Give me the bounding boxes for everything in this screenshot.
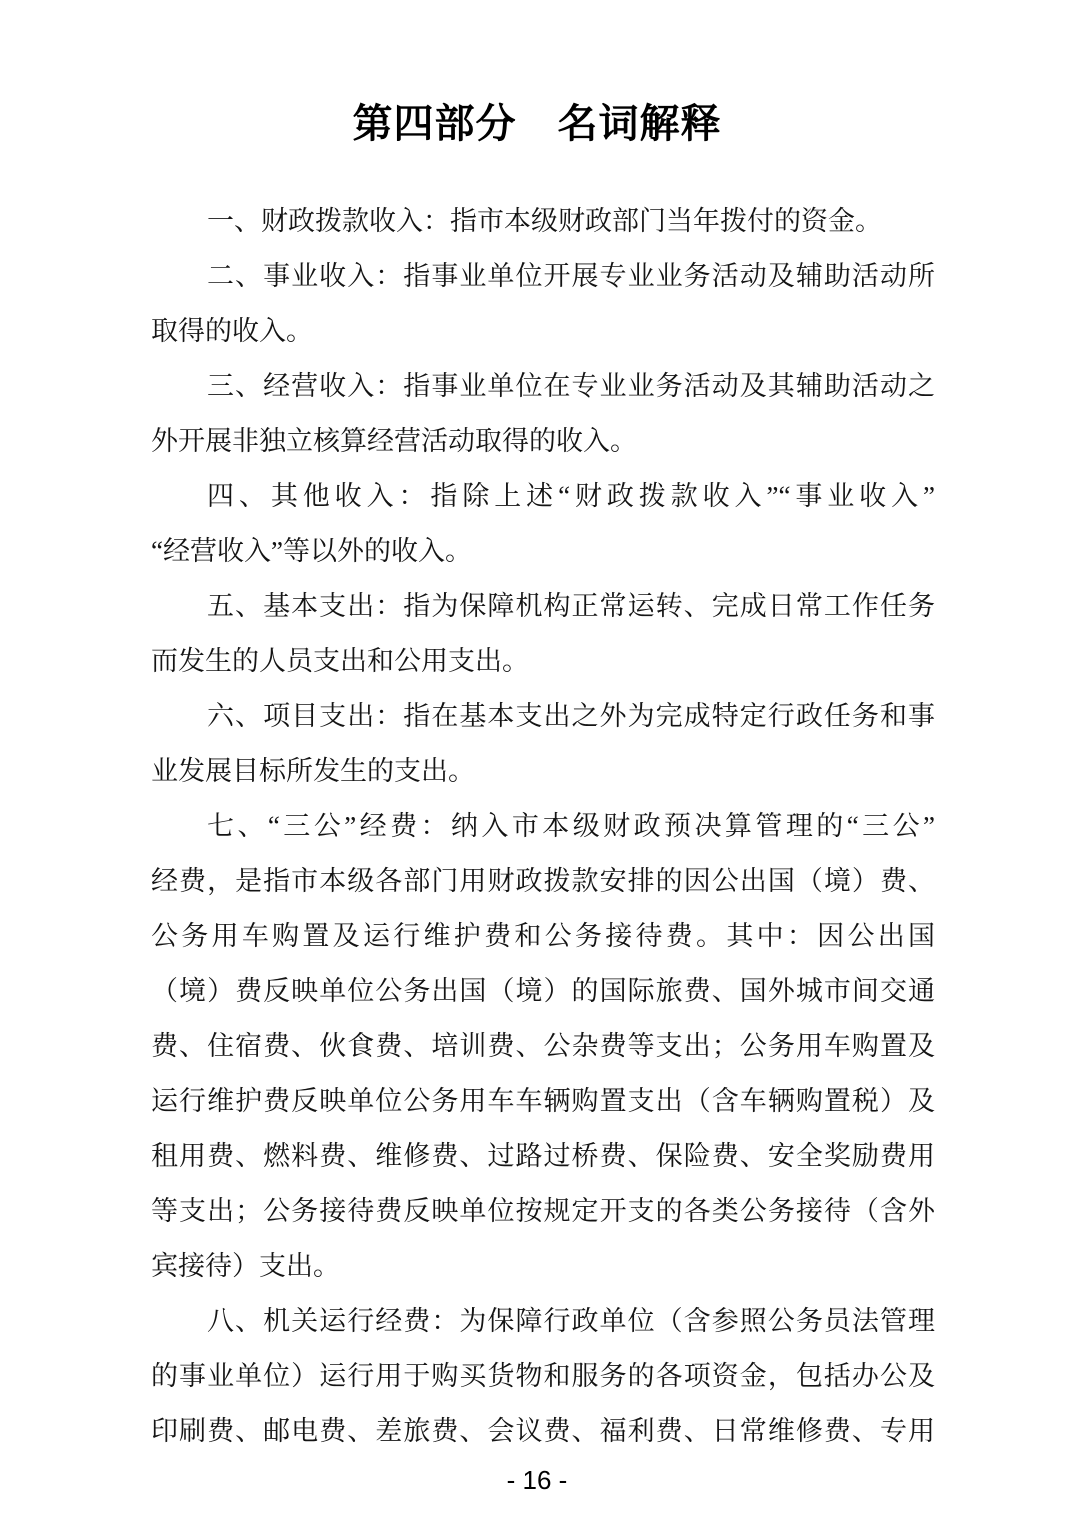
body-line: 宾接待）支出。	[151, 1239, 935, 1294]
body-line: （境）费反映单位公务出国（境）的国际旅费、国外城市间交通	[151, 964, 935, 1019]
body-line: 八、机关运行经费：为保障行政单位（含参照公务员法管理	[151, 1294, 935, 1349]
body-line: “经营收入”等以外的收入。	[151, 524, 935, 579]
body-line: 租用费、燃料费、维修费、过路过桥费、保险费、安全奖励费用	[151, 1129, 935, 1184]
body-line: 业发展目标所发生的支出。	[151, 744, 935, 799]
body-line: 六、项目支出：指在基本支出之外为完成特定行政任务和事	[151, 689, 935, 744]
body-line: 取得的收入。	[151, 304, 935, 359]
body-line: 二、事业收入：指事业单位开展专业业务活动及辅助活动所	[151, 249, 935, 304]
body-line: 外开展非独立核算经营活动取得的收入。	[151, 414, 935, 469]
body-line: 印刷费、邮电费、差旅费、会议费、福利费、日常维修费、专用	[151, 1404, 935, 1459]
document-body: 一、财政拨款收入：指市本级财政部门当年拨付的资金。二、事业收入：指事业单位开展专…	[151, 194, 935, 1459]
body-line: 费、住宿费、伙食费、培训费、公杂费等支出；公务用车购置及	[151, 1019, 935, 1074]
body-line: 经费，是指市本级各部门用财政拨款安排的因公出国（境）费、	[151, 854, 935, 909]
body-line: 等支出；公务接待费反映单位按规定开支的各类公务接待（含外	[151, 1184, 935, 1239]
body-line: 而发生的人员支出和公用支出。	[151, 634, 935, 689]
body-line: 的事业单位）运行用于购买货物和服务的各项资金，包括办公及	[151, 1349, 935, 1404]
body-line: 七、“三公”经费：纳入市本级财政预决算管理的“三公”	[151, 799, 935, 854]
page-number: - 16 -	[0, 1460, 1074, 1500]
body-line: 公务用车购置及运行维护费和公务接待费。其中：因公出国	[151, 909, 935, 964]
document-page: 第四部分 名词解释 一、财政拨款收入：指市本级财政部门当年拨付的资金。二、事业收…	[0, 0, 1074, 1520]
body-line: 一、财政拨款收入：指市本级财政部门当年拨付的资金。	[151, 194, 935, 249]
body-line: 五、基本支出：指为保障机构正常运转、完成日常工作任务	[151, 579, 935, 634]
body-line: 运行维护费反映单位公务用车车辆购置支出（含车辆购置税）及	[151, 1074, 935, 1129]
body-line: 四、其他收入：指除上述“财政拨款收入”“事业收入”	[151, 469, 935, 524]
body-line: 三、经营收入：指事业单位在专业业务活动及其辅助活动之	[151, 359, 935, 414]
page-title: 第四部分 名词解释	[0, 100, 1074, 148]
